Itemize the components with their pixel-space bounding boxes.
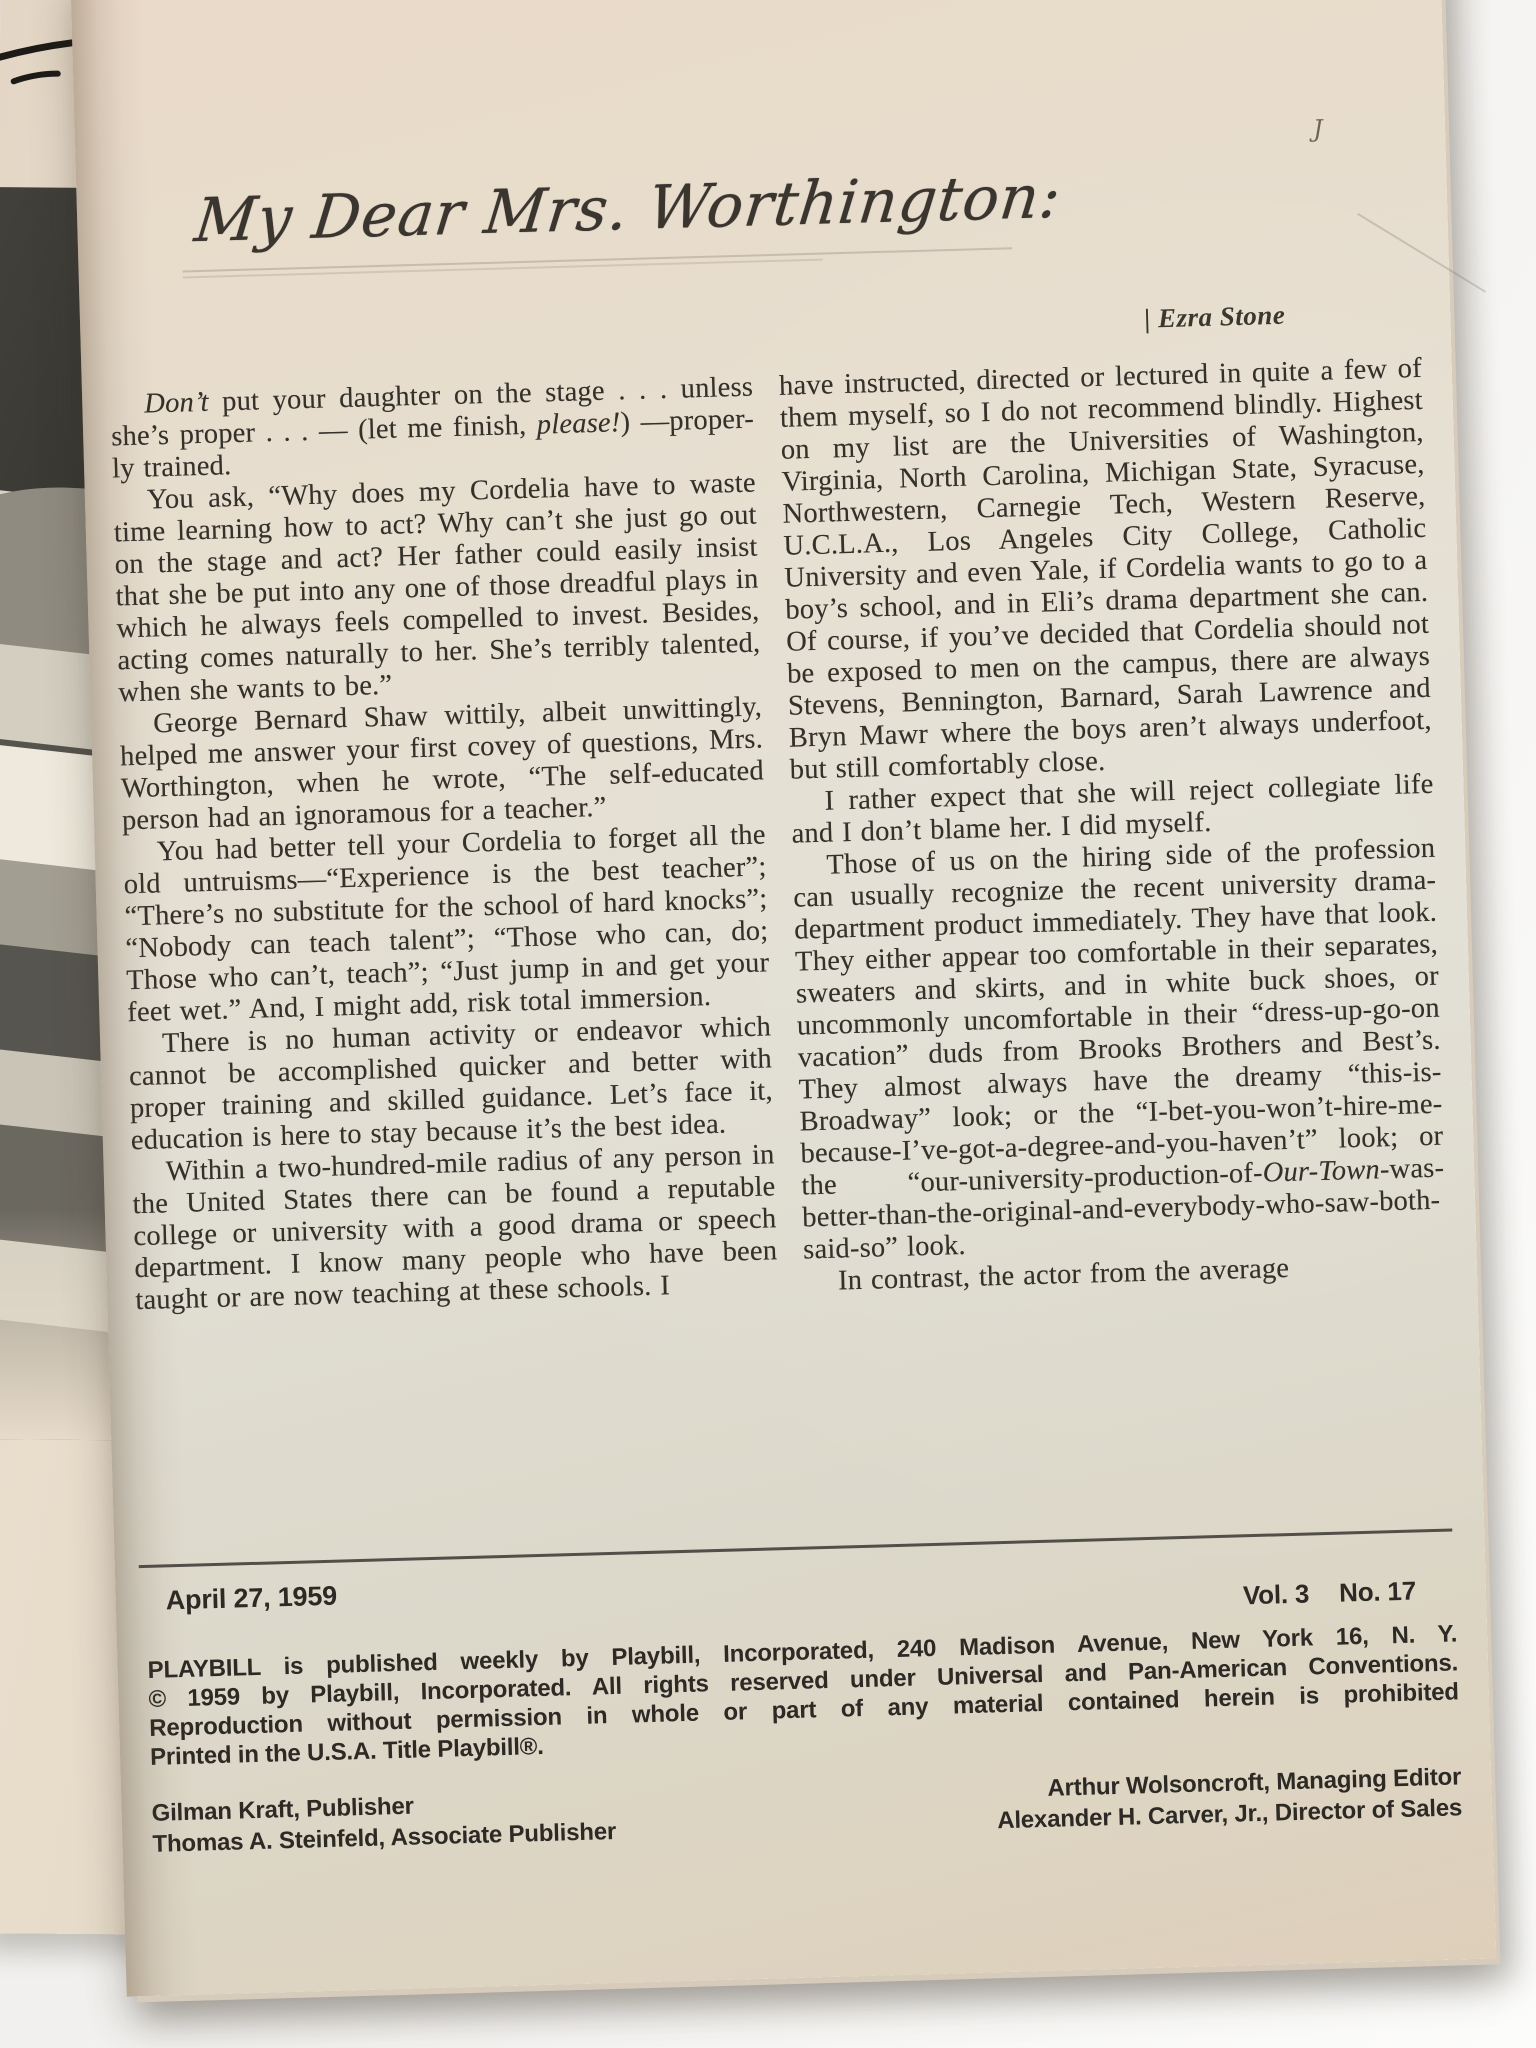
article-body: Don’t put your daughter on the stage . .…	[110, 353, 1454, 1539]
page-footer: April 27, 1959 Vol. 3No. 17 PLAYBILL is …	[145, 1549, 1462, 1859]
italic-text: Our-Town	[1262, 1154, 1380, 1188]
article-left-column: Don’t put your daughter on the stage . .…	[110, 372, 785, 1540]
article-paragraph: George Bernard Shaw wittily, albeit unwi…	[119, 691, 765, 837]
article-paragraph: Within a two-hundred-mile radius of any …	[131, 1139, 778, 1317]
footer-legal: PLAYBILL is published weekly by Playbill…	[147, 1619, 1460, 1772]
footer-credits: Gilman Kraft, Publisher Thomas A. Steinf…	[151, 1761, 1462, 1860]
corner-mark: J	[1313, 115, 1323, 143]
article-paragraph: There is no human activity or endeavor w…	[128, 1011, 774, 1157]
article-paragraph: have instructed, directed or lectured in…	[779, 353, 1433, 787]
article-paragraph: You ask, “Why does my Cordelia have to w…	[113, 468, 762, 710]
paragraph-text: Those of us on the hiring side of the pr…	[793, 833, 1444, 1202]
editor-credits: Arthur Wolsoncroft, Managing Editor Alex…	[996, 1761, 1463, 1836]
article-right-column: have instructed, directed or lectured in…	[779, 353, 1454, 1521]
issue-label: No. 17	[1339, 1576, 1417, 1608]
italic-text: please!	[536, 407, 621, 440]
italic-lead: Don’t	[144, 387, 209, 420]
paper-crease	[1357, 213, 1486, 293]
publisher-credits: Gilman Kraft, Publisher Thomas A. Steinf…	[151, 1785, 616, 1860]
article-paragraph: Don’t put your daughter on the stage . .…	[110, 372, 755, 486]
article-paragraph: Those of us on the hiring side of the pr…	[792, 833, 1446, 1267]
article-paragraph: You had better tell your Cordelia to for…	[122, 819, 770, 1029]
byline: | Ezra Stone	[80, 295, 1450, 364]
magazine-page: J My Dear Mrs. Worthington: | Ezra Stone…	[70, 0, 1496, 1997]
volume-label: Vol. 3	[1243, 1579, 1310, 1611]
page-title: My Dear Mrs. Worthington:	[191, 162, 1059, 256]
